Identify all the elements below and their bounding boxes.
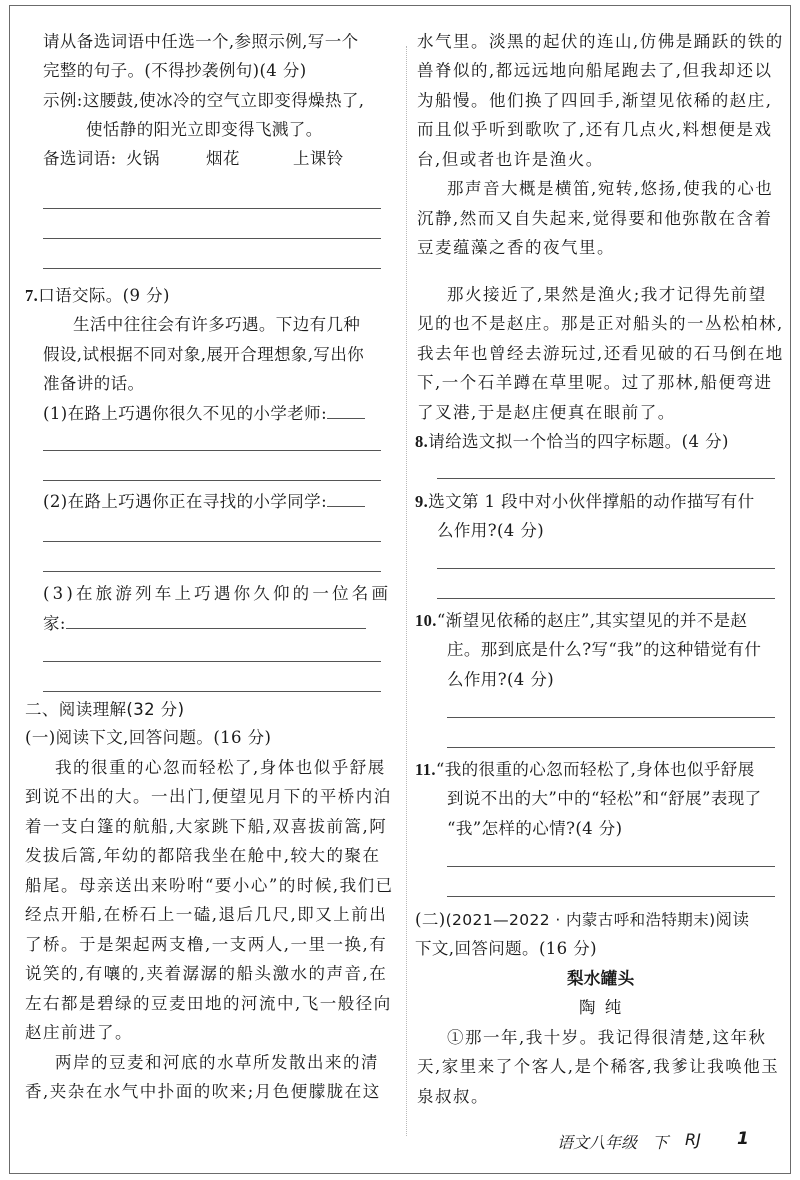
edition-label: RJ — [685, 1130, 701, 1149]
q7-sub2: (2)在路上巧遇你正在寻找的小学同学: — [43, 492, 365, 512]
question-number: 7. — [25, 286, 38, 305]
answer-line[interactable] — [43, 450, 381, 451]
section-heading: 二、阅读理解(32 分) — [25, 700, 184, 720]
book-label: 语文八年级 — [557, 1130, 637, 1153]
passage-line: 水气里。淡黑的起伏的连山,仿佛是踊跃的铁的 — [417, 32, 784, 52]
worksheet-page: 请从备选词语中任选一个,参照示例,写一个 完整的句子。(不得抄袭例句)(4 分)… — [9, 5, 791, 1174]
q6-instruction: 完整的句子。(不得抄袭例句)(4 分) — [43, 61, 307, 81]
q11-continued: 到说不出的大”中的“轻松”和“舒展”表现了 — [447, 789, 762, 809]
q7-heading: 7.口语交际。(9 分) — [25, 286, 170, 306]
q10: 10.“渐望见依稀的赵庄”,其实望见的并不是赵 — [415, 611, 747, 631]
q10-continued: 庄。那到底是什么?写“我”的这种错觉有什 — [447, 640, 761, 660]
answer-line[interactable] — [43, 238, 381, 239]
answer-line[interactable] — [43, 480, 381, 481]
column-divider — [406, 46, 407, 1136]
q7-sub3: 家: — [43, 614, 366, 634]
passage-line: 天,家里来了个客人,是个稀客,我爹让我唤他玉 — [417, 1057, 779, 1077]
q11-continued: “我”怎样的心情?(4 分) — [447, 819, 622, 839]
passage-line: 船尾。母亲送出来吩咐“要小心”的时候,我们已 — [25, 876, 394, 896]
q10-continued: 么作用?(4 分) — [447, 670, 554, 690]
passage-line: 沉静,然而又自失起来,觉得要和他弥散在含着 — [417, 209, 773, 229]
q7-intro: 生活中往往会有许多巧遇。下边有几种 — [73, 315, 360, 335]
passage-line: 两岸的豆麦和河底的水草所发散出来的清 — [55, 1053, 379, 1073]
answer-line[interactable] — [447, 717, 775, 718]
question-text: 选文第 1 段中对小伙伴撑船的动作描写有什 — [428, 492, 754, 511]
q6-option: 烟花 — [206, 149, 240, 169]
passage-line: 泉叔叔。 — [417, 1087, 489, 1107]
q9-continued: 么作用?(4 分) — [437, 521, 544, 541]
passage-line: 了桥。于是架起两支橹,一支两人,一里一换,有 — [25, 935, 387, 955]
passage-line: ①那一年,我十岁。我记得很清楚,这年秋 — [447, 1028, 767, 1048]
passage-line: 而且似乎听到歌吹了,还有几点火,料想便是戏 — [417, 120, 773, 140]
question-number: 8. — [415, 432, 428, 451]
answer-line[interactable] — [447, 866, 775, 867]
answer-line[interactable] — [447, 896, 775, 897]
answer-line[interactable] — [437, 568, 775, 569]
q6-instruction: 请从备选词语中任选一个,参照示例,写一个 — [43, 32, 359, 52]
passage-line: 了叉港,于是赵庄便真在眼前了。 — [417, 403, 676, 423]
question-number: 10. — [415, 611, 437, 630]
passage-line: 着一支白篷的航船,大家跳下船,双喜拔前篙,阿 — [25, 817, 387, 837]
answer-blank[interactable] — [327, 404, 365, 419]
volume-label: 下 — [652, 1130, 668, 1153]
q11: 11.“我的很重的心忽而轻松了,身体也似乎舒展 — [415, 760, 755, 780]
part-label: (二) — [415, 910, 446, 929]
q7-sub3: (3)在旅游列车上巧遇你久仰的一位名画 — [43, 584, 391, 604]
passage-line: 经点开船,在桥石上一磕,退后几尺,即又上前出 — [25, 905, 387, 925]
q7-sub2-text: (2)在路上巧遇你正在寻找的小学同学: — [43, 492, 327, 511]
passage-line: 到说不出的大。一出门,便望见月下的平桥内泊 — [25, 787, 392, 807]
question-number: 11. — [415, 760, 436, 779]
answer-line[interactable] — [437, 598, 775, 599]
question-text: 请给选文拟一个恰当的四字标题。(4 分) — [428, 432, 729, 451]
answer-line[interactable] — [437, 478, 775, 479]
q6-example: 示例:这腰鼓,使冰冷的空气立即变得燥热了, — [43, 91, 364, 111]
passage-line: 那火接近了,果然是渔火;我才记得先前望 — [447, 285, 767, 305]
q6-option: 上课铃 — [293, 149, 344, 169]
answer-blank[interactable] — [327, 492, 365, 507]
q6-options-label: 备选词语: — [43, 149, 117, 169]
passage-line: 我的很重的心忽而轻松了,身体也似乎舒展 — [55, 758, 386, 778]
q9: 9.选文第 1 段中对小伙伴撑船的动作描写有什 — [415, 492, 755, 512]
passage-line: 说笑的,有嚷的,夹着潺潺的船头激水的声音,在 — [25, 964, 387, 984]
q6-example: 使恬静的阳光立即变得飞溅了。 — [86, 120, 323, 140]
passage-line: 香,夹杂在水气中扑面的吹来;月色便朦胧在这 — [25, 1082, 381, 1102]
passage-line: 那声音大概是横笛,宛转,悠扬,使我的心也 — [447, 179, 773, 199]
passage-line: 为船慢。他们换了四回手,渐望见依稀的赵庄, — [417, 91, 773, 111]
part2-heading: (二)(2021—2022 · 内蒙古呼和浩特期末)阅读 — [415, 910, 749, 930]
part2-heading: 下文,回答问题。(16 分) — [415, 939, 597, 959]
q7-sub1: (1)在路上巧遇你很久不见的小学老师: — [43, 404, 365, 424]
question-text: “渐望见依稀的赵庄”,其实望见的并不是赵 — [437, 611, 748, 630]
answer-line[interactable] — [43, 571, 381, 572]
page-number: 1 — [737, 1129, 749, 1149]
part-heading-text: 阅读 — [716, 910, 750, 929]
answer-line[interactable] — [43, 691, 381, 692]
passage-line: 左右都是碧绿的豆麦田地的河流中,飞一般径向 — [25, 994, 392, 1014]
source-tag: (2021—2022 · 内蒙古呼和浩特期末) — [446, 911, 716, 929]
q7-sub3-text: 家: — [43, 614, 66, 633]
answer-blank[interactable] — [66, 614, 366, 629]
passage-line: 豆麦蕴藻之香的夜气里。 — [417, 238, 615, 258]
question-title: 口语交际。(9 分) — [38, 286, 170, 305]
answer-line[interactable] — [43, 661, 381, 662]
q8: 8.请给选文拟一个恰当的四字标题。(4 分) — [415, 432, 729, 452]
article-author: 陶 纯 — [579, 998, 623, 1018]
passage-line: 台,但或者也许是渔火。 — [417, 150, 604, 170]
passage-line: 见的也不是赵庄。那是正对船头的一丛松柏林, — [417, 314, 784, 334]
part-heading: (一)阅读下文,回答问题。(16 分) — [25, 728, 271, 748]
q7-intro: 准备讲的话。 — [43, 374, 144, 394]
article-title: 梨水罐头 — [567, 969, 635, 989]
passage-line: 我去年也曾经去游玩过,还看见破的石马倒在地 — [417, 344, 784, 364]
answer-line[interactable] — [43, 268, 381, 269]
passage-line: 兽脊似的,都远远地向船尾跑去了,但我却还以 — [417, 61, 773, 81]
passage-line: 赵庄前进了。 — [25, 1023, 133, 1043]
q7-sub1-text: (1)在路上巧遇你很久不见的小学老师: — [43, 404, 327, 423]
passage-line: 发拔后篙,年幼的都陪我坐在舱中,较大的聚在 — [25, 846, 381, 866]
question-text: “我的很重的心忽而轻松了,身体也似乎舒展 — [436, 760, 755, 779]
answer-line[interactable] — [447, 747, 775, 748]
q6-option: 火锅 — [126, 149, 160, 169]
q7-intro: 假设,试根据不同对象,展开合理想象,写出你 — [43, 345, 364, 365]
question-number: 9. — [415, 492, 428, 511]
answer-line[interactable] — [43, 541, 381, 542]
passage-line: 下,一个石羊蹲在草里呢。过了那林,船便弯进 — [417, 373, 773, 393]
answer-line[interactable] — [43, 208, 381, 209]
